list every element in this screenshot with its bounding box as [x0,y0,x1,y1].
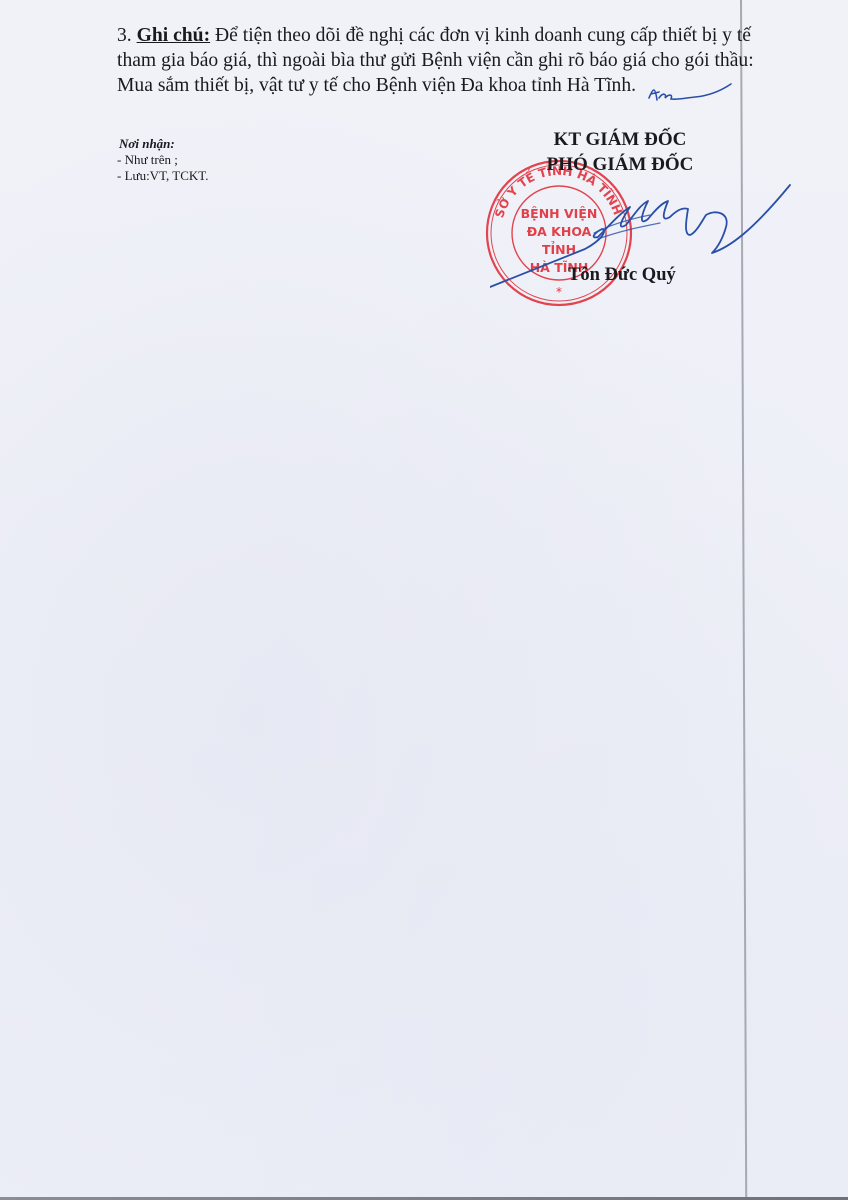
note-line-1: 3. Ghi chú: Để tiện theo dõi đề nghị các… [117,23,757,48]
recipient-item: - Như trên ; [117,152,209,168]
recipient-item: - Lưu:VT, TCKT. [117,168,209,184]
handwritten-initials [645,80,735,110]
recipients-title: Nơi nhận: [119,136,209,152]
signature-title-line-1: KT GIÁM ĐỐC [520,127,720,152]
recipients-block: Nơi nhận: - Như trên ; - Lưu:VT, TCKT. [117,136,209,184]
signature-title-line-2: PHÓ GIÁM ĐỐC [520,152,720,177]
note-number: 3. [117,25,132,46]
signer-name: Tôn Đức Quý [568,265,676,286]
note-line-1-text: Để tiện theo dõi đề nghị các đơn vị kinh… [210,25,751,46]
signature-title-block: KT GIÁM ĐỐC PHÓ GIÁM ĐỐC [520,127,720,177]
note-line-2: tham gia báo giá, thì ngoài bìa thư gửi … [117,48,757,73]
note-label: Ghi chú: [137,25,211,46]
